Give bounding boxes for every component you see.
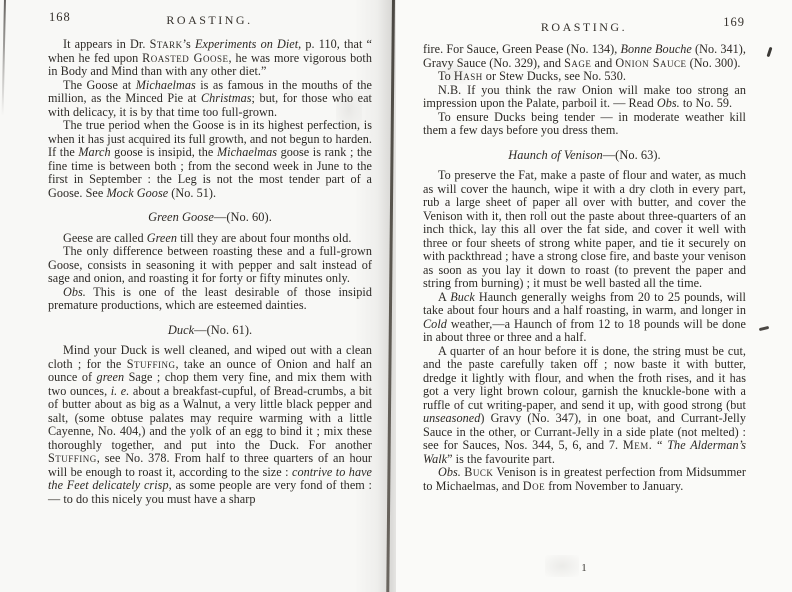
text-segment: This is one of the least desirable of th… [48, 285, 372, 313]
text-segment: fire. For Sauce, Green Pease (No. 134), [423, 42, 621, 56]
paragraph: The true period when the Goose is in its… [48, 119, 372, 200]
text-segment: to No. 59. [680, 96, 732, 110]
left-running-head: ROASTING. [48, 13, 371, 28]
paragraph: Obs. This is one of the least desirable … [48, 286, 372, 313]
text-segment: or Stew Ducks, see No. 530. [483, 69, 626, 83]
text-segment: green [97, 370, 125, 384]
text-segment: “ [652, 438, 667, 452]
text-segment: i. e. [111, 384, 130, 398]
text-segment: Cold [423, 317, 447, 331]
text-segment: Bonne Bouche [621, 42, 692, 56]
section-heading: Green Goose—(No. 60). [48, 211, 372, 225]
printer-signature-mark: 1 [423, 562, 745, 574]
text-segment: To [438, 69, 454, 83]
text-segment: unseasoned [423, 411, 480, 425]
text-segment: Green Goose [148, 210, 214, 224]
paragraph: To Hash or Stew Ducks, see No. 530. [423, 70, 746, 84]
paragraph: Mind your Duck is well cleaned, and wipe… [48, 344, 372, 506]
text-segment: from November to January. [545, 479, 683, 493]
paragraph: To preserve the Fat, make a paste of flo… [423, 169, 746, 291]
left-page: 168 ROASTING. It appears in Dr. Stark’s … [0, 0, 396, 592]
text-segment: (No. 300). [687, 56, 741, 70]
text-segment: Hash [454, 69, 483, 83]
text-segment: March [78, 145, 110, 159]
book-scan: { "left_page": { "page_number": "168", "… [0, 0, 792, 592]
right-page: ROASTING. 169 fire. For Sauce, Green Pea… [396, 0, 792, 592]
text-segment: weather,—a Haunch of from 12 to 18 pound… [423, 317, 746, 345]
text-segment: To preserve the Fat, make a paste of flo… [423, 168, 746, 290]
text-segment: Obs. [438, 465, 461, 479]
left-text-column: It appears in Dr. Stark’s Experiments on… [48, 38, 372, 506]
text-segment: Obs. [63, 285, 86, 299]
paragraph: A quarter of an hour before it is done, … [423, 345, 746, 467]
text-segment: A [438, 290, 450, 304]
text-segment: —(No. 61). [194, 323, 252, 337]
text-segment: —(No. 63). [603, 148, 661, 162]
text-segment: Michaelmas [217, 145, 277, 159]
text-segment: and [591, 56, 615, 70]
paragraph: N.B. If you think the raw Onion will mak… [423, 84, 746, 111]
text-segment: Buck [450, 290, 475, 304]
text-segment: The Goose at [63, 78, 136, 92]
text-segment: Stark [150, 37, 183, 51]
text-segment: till they are about four months old. [177, 231, 351, 245]
section-heading: Duck—(No. 61). [48, 324, 372, 338]
text-segment: Roasted Goose [142, 51, 228, 65]
right-page-number: 169 [423, 15, 745, 30]
text-segment: The only difference between roasting the… [48, 244, 372, 285]
text-segment: Buck [464, 465, 493, 479]
text-segment: Michaelmas [136, 78, 196, 92]
text-segment: Onion Sauce [615, 56, 686, 70]
text-segment: A quarter of an hour before it is done, … [423, 344, 746, 412]
text-segment: Green [147, 231, 177, 245]
text-segment: Sage [564, 56, 591, 70]
text-segment: ’s [183, 37, 195, 51]
text-segment: Geese are called [63, 231, 147, 245]
text-segment: ” is the favourite part. [447, 452, 555, 466]
text-segment: To ensure Ducks being tender — in modera… [423, 110, 746, 138]
text-segment: Doe [523, 479, 545, 493]
paragraph: fire. For Sauce, Green Pease (No. 134), … [423, 43, 746, 70]
paragraph: The Goose at Michaelmas is as famous in … [48, 79, 372, 120]
right-text-column: fire. For Sauce, Green Pease (No. 134), … [423, 43, 746, 493]
text-segment: goose is insipid, the [111, 145, 217, 159]
paragraph: Geese are called Green till they are abo… [48, 232, 372, 246]
text-segment: Obs. [657, 96, 680, 110]
text-segment: Haunch of Venison [508, 148, 602, 162]
text-segment: Experiments on Diet [195, 37, 298, 51]
paragraph: It appears in Dr. Stark’s Experiments on… [48, 38, 372, 79]
paragraph: The only difference between roasting the… [48, 245, 372, 286]
section-heading: Haunch of Venison—(No. 63). [423, 149, 746, 163]
text-segment: Mem. [623, 438, 652, 452]
text-segment: Christmas [201, 91, 252, 105]
text-segment: Stuffing [48, 451, 97, 465]
text-segment: Duck [168, 323, 194, 337]
paragraph: A Buck Haunch generally weighs from 20 t… [423, 291, 746, 345]
text-segment: Mock Goose [106, 186, 168, 200]
text-segment: Stuffing [127, 357, 176, 371]
paragraph: To ensure Ducks being tender — in modera… [423, 111, 746, 138]
paragraph: Obs. Buck Venison is in greatest perfect… [423, 466, 746, 493]
text-segment: It appears in Dr. [63, 37, 150, 51]
text-segment: —(No. 60). [214, 210, 272, 224]
text-segment: (No. 51). [168, 186, 216, 200]
